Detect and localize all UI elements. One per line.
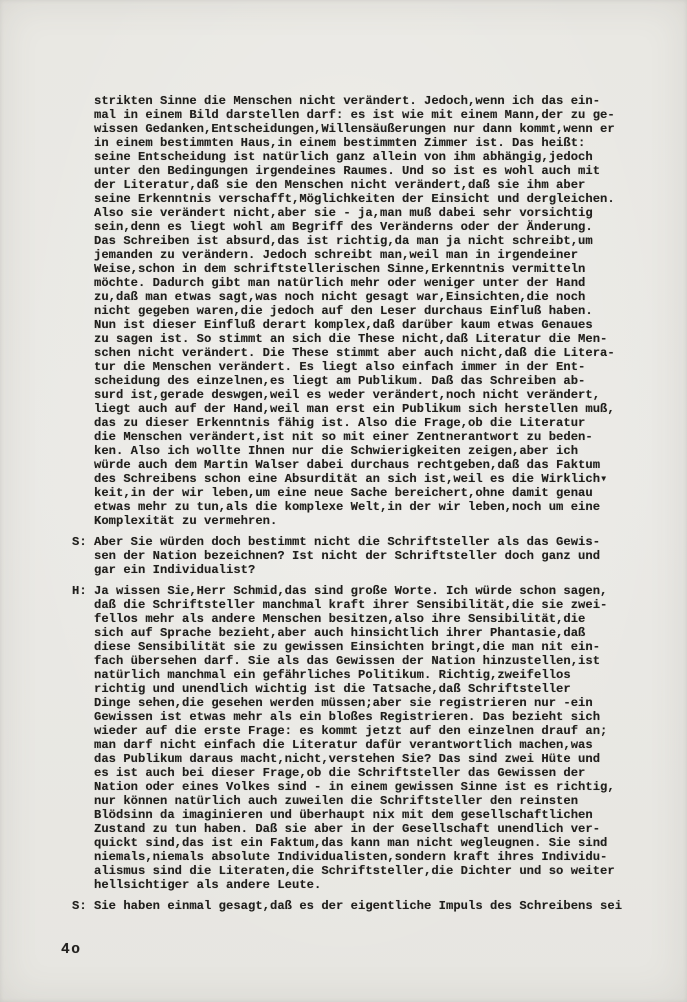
paragraph-lines: Aber Sie würden doch bestimmt nicht die …	[94, 535, 600, 577]
transcript-paragraph: S: Aber Sie würden doch bestimmt nicht d…	[72, 535, 637, 577]
scanned-page: strikten Sinne die Menschen nicht veränd…	[0, 0, 687, 1002]
transcript-paragraph: strikten Sinne die Menschen nicht veränd…	[72, 94, 637, 528]
speaker-label: S:	[72, 535, 94, 549]
speaker-label: H:	[72, 584, 94, 598]
transcript-paragraph: S: Sie haben einmal gesagt,daß es der ei…	[72, 899, 637, 913]
transcript-paragraph: H: Ja wissen Sie,Herr Schmid,das sind gr…	[72, 584, 637, 892]
page-number: 4o	[61, 943, 81, 957]
paragraph-lines: strikten Sinne die Menschen nicht veränd…	[94, 94, 615, 528]
text-column: strikten Sinne die Menschen nicht veränd…	[72, 94, 637, 920]
paragraph-lines: Sie haben einmal gesagt,daß es der eigen…	[94, 899, 622, 913]
speaker-label: S:	[72, 899, 94, 913]
paragraph-lines: Ja wissen Sie,Herr Schmid,das sind große…	[94, 584, 615, 892]
